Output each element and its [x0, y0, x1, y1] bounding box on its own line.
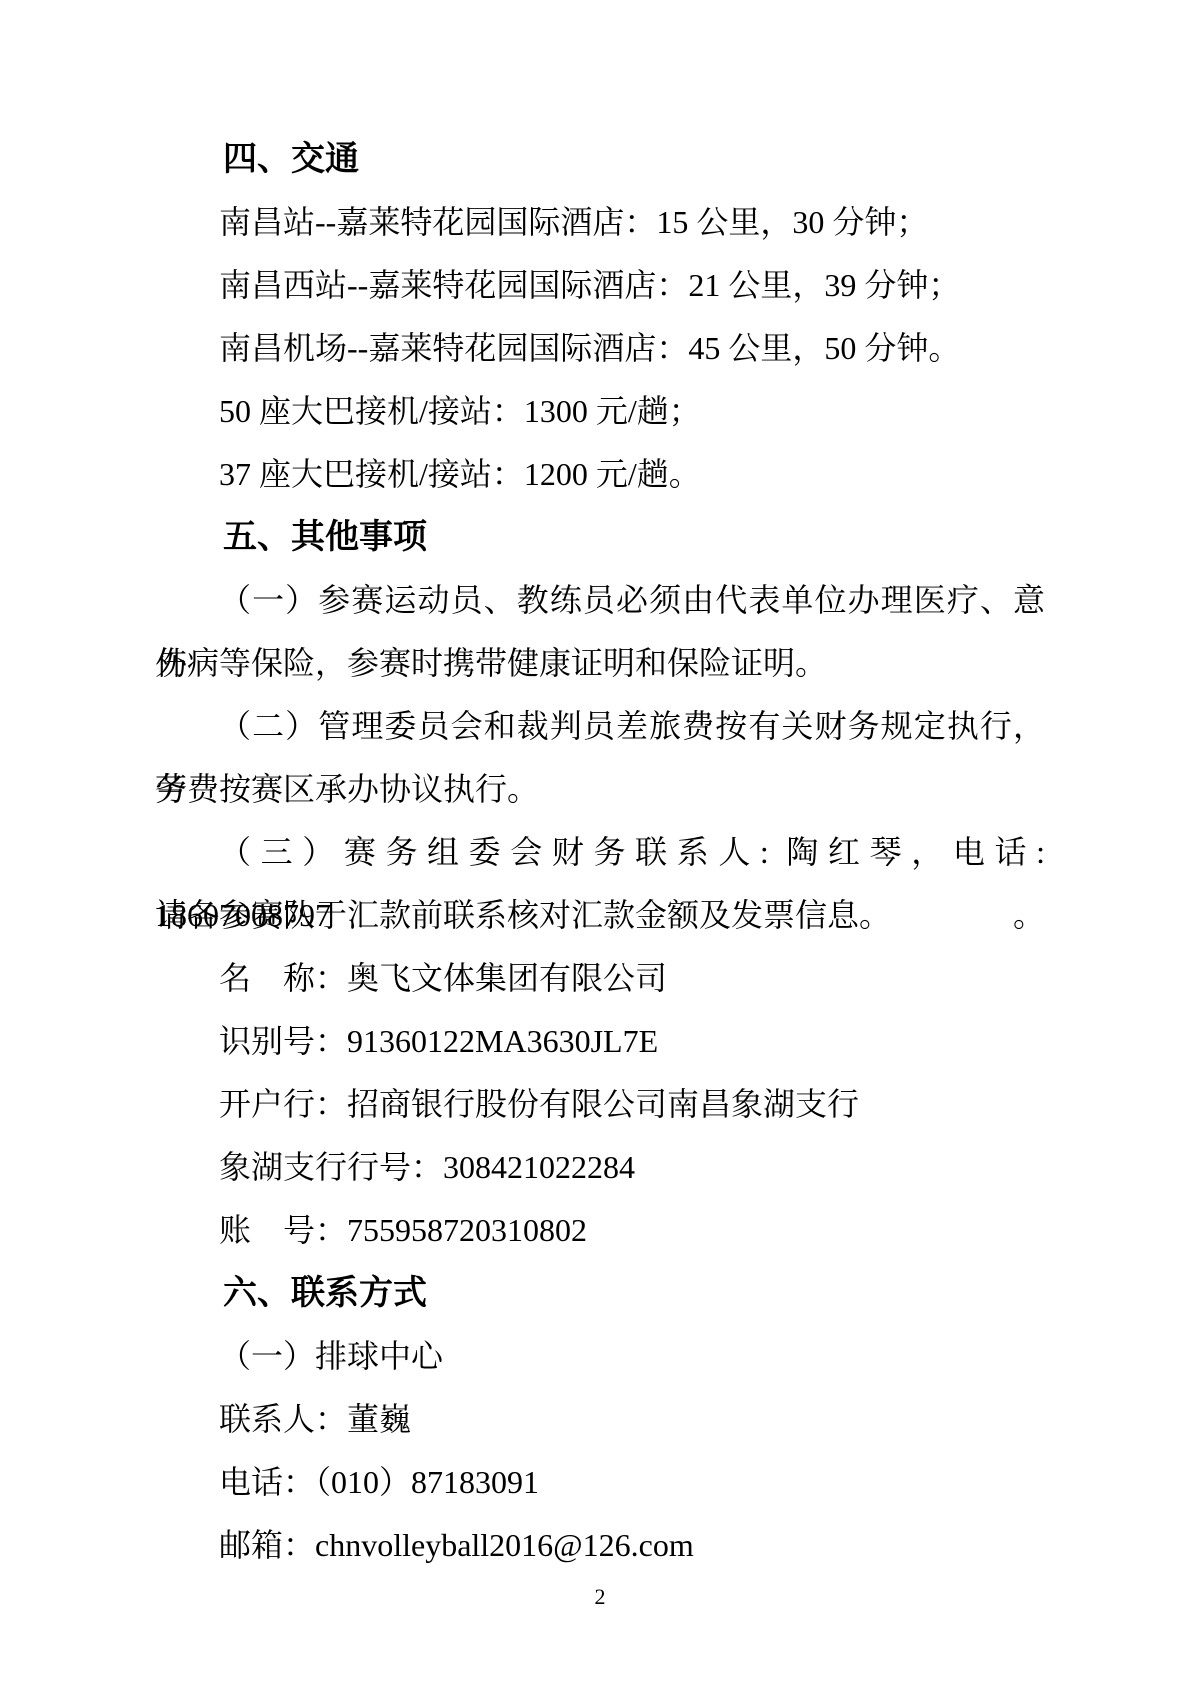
bank-account-name-line: 名 称：奥飞文体集团有限公司	[155, 947, 1045, 1010]
contact-person-line: 联系人：董巍	[155, 1388, 1045, 1451]
transport-route-line-station: 南昌站--嘉莱特花园国际酒店：15 公里，30 分钟；	[155, 191, 1045, 254]
bank-account-number-line: 账 号：755958720310802	[155, 1199, 1045, 1262]
expenses-paragraph-line-1: （二）管理委员会和裁判员差旅费按有关财务规定执行，劳	[155, 695, 1045, 758]
contact-email-line: 邮箱：chnvolleyball2016@126.com	[155, 1514, 1045, 1577]
section-heading-other-matters: 五、其他事项	[155, 506, 1045, 569]
contact-org-line: （一）排球中心	[155, 1325, 1045, 1388]
document-page: 四、交通 南昌站--嘉莱特花园国际酒店：15 公里，30 分钟； 南昌西站--嘉…	[0, 0, 1200, 1696]
bank-tax-id-line: 识别号：91360122MA3630JL7E	[155, 1010, 1045, 1073]
section-heading-contact: 六、联系方式	[155, 1262, 1045, 1325]
transport-route-line-west-station: 南昌西站--嘉莱特花园国际酒店：21 公里，39 分钟；	[155, 254, 1045, 317]
section-heading-transport: 四、交通	[155, 128, 1045, 191]
bus-fare-line-50-seat: 50 座大巴接机/接站：1300 元/趟；	[155, 380, 1045, 443]
insurance-paragraph-line-2: 伤病等保险，参赛时携带健康证明和保险证明。	[155, 632, 1045, 695]
insurance-paragraph-line-1: （一）参赛运动员、教练员必须由代表单位办理医疗、意外	[155, 569, 1045, 632]
finance-contact-paragraph-line-1: （三）赛务组委会财务联系人: 陶红琴，电话: 18607008797。	[155, 821, 1045, 884]
contact-phone-line: 电话：（010）87183091	[155, 1451, 1045, 1514]
bank-branch-code-line: 象湖支行行号：308421022284	[155, 1136, 1045, 1199]
bank-branch-line: 开户行：招商银行股份有限公司南昌象湖支行	[155, 1073, 1045, 1136]
transport-route-line-airport: 南昌机场--嘉莱特花园国际酒店：45 公里，50 分钟。	[155, 317, 1045, 380]
bus-fare-line-37-seat: 37 座大巴接机/接站：1200 元/趟。	[155, 443, 1045, 506]
expenses-paragraph-line-2: 务费按赛区承办协议执行。	[155, 758, 1045, 821]
page-number: 2	[155, 1577, 1045, 1617]
